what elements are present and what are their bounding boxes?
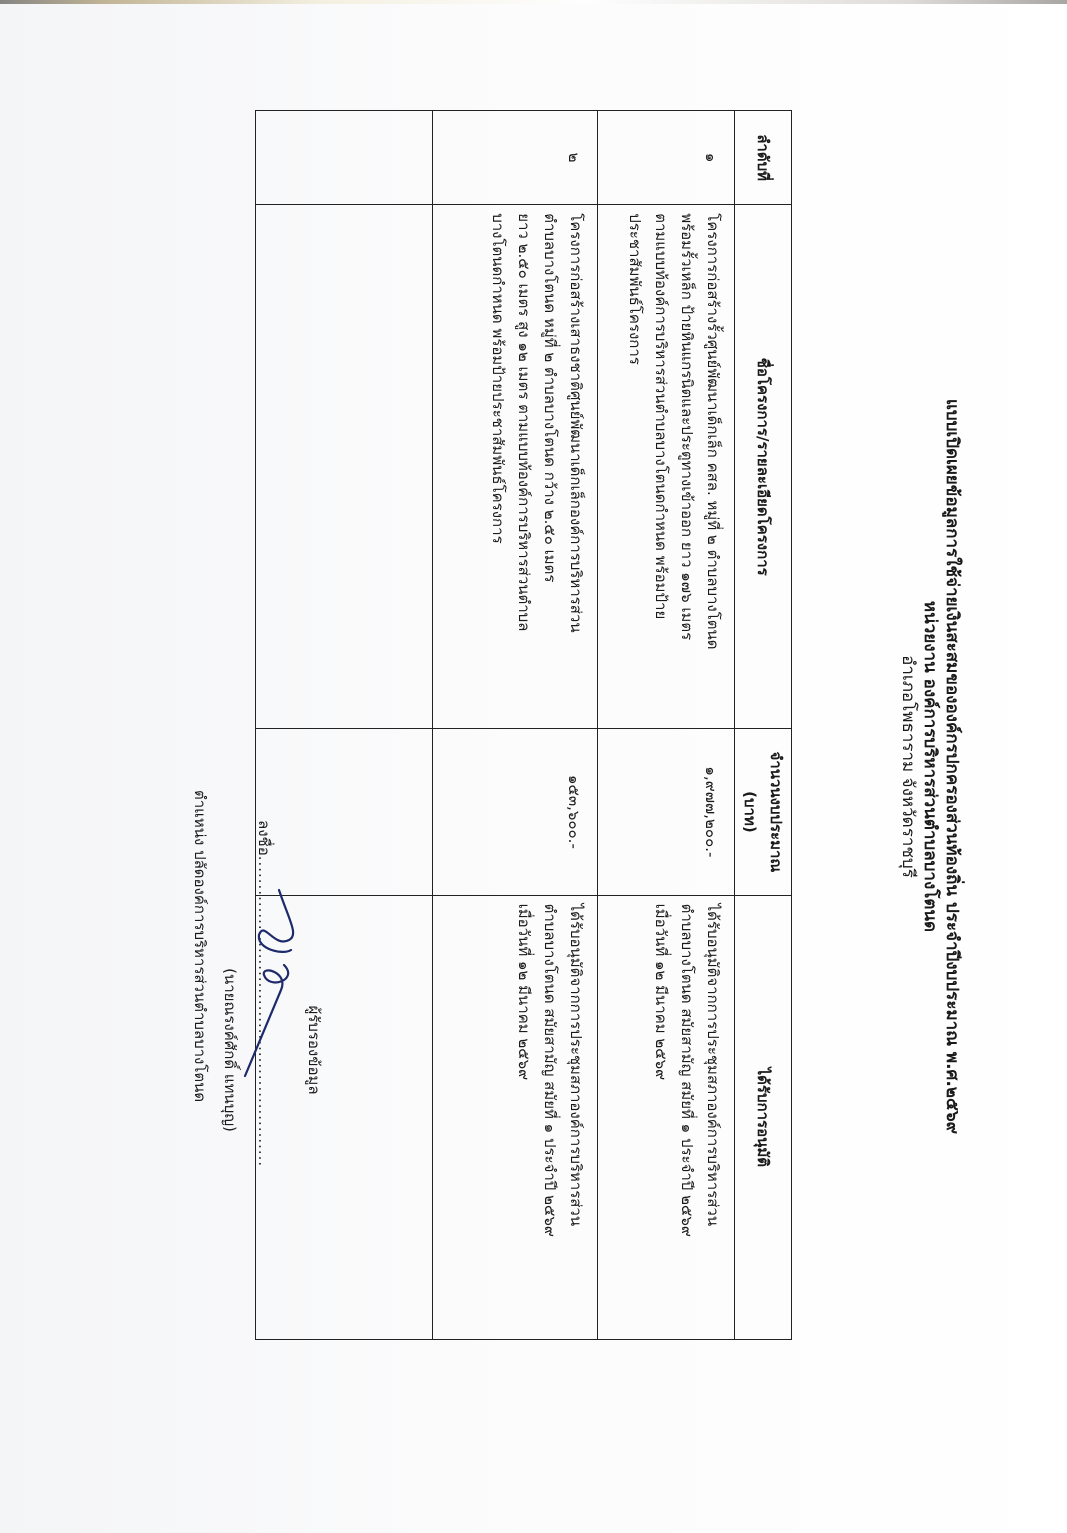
table-row: ๒ โครงการก่อสร้างเสาธงชาติศูนย์พัฒนาเด็ก… [433, 111, 598, 1340]
header-budget-line1: จำนวนงบประมาณ [763, 735, 789, 888]
approval-cell: ได้รับอนุมัติจากการประชุมสภาองค์การบริหา… [598, 895, 735, 1339]
approval-line: ตำบลบางโตนด สมัยสามัญ สมัยที่ ๑ ประจำปี … [674, 904, 700, 1331]
approval-line: ได้รับอนุมัติจากการประชุมสภาองค์การบริหา… [563, 904, 589, 1331]
project-name-cell: โครงการก่อสร้างรั้วศูนย์พัฒนาเด็กเล็ก คส… [598, 205, 735, 729]
header-budget: จำนวนงบประมาณ (บาท) [735, 729, 792, 895]
project-name-line: ยาว ๒.๕๐ เมตร สูง ๑๒ เมตร ตามแบบท้องค์กา… [511, 213, 537, 720]
header-project-name: ชื่อโครงการ/รายละเอียดโครงการ [735, 205, 792, 729]
project-name-line: ประชาสัมพันธ์โครงการ [622, 213, 648, 720]
project-name-line: ตามแบบท้องค์การบริหารส่วนตำบลบางโตนดกำหน… [648, 213, 674, 720]
agency-line: หน่วยงาน องค์การบริหารส่วนตำบลบางโตนด [919, 0, 941, 1533]
header-budget-line2: (บาท) [737, 735, 763, 888]
sign-row: ลงชื่อ..................................… [247, 790, 277, 1310]
project-name-line: บางโตนดกำหนด พร้อมป้ายประชาสัมพันธ์โครงก… [485, 213, 511, 720]
project-name-line: ตำบลบางโตนด หมู่ที่ ๒ ตำบลบางโตนด กว้าง … [537, 213, 563, 720]
header-no: ลำดับที่ [735, 111, 792, 205]
row-number [256, 111, 433, 205]
table-header-row: ลำดับที่ ชื่อโครงการ/รายละเอียดโครงการ จ… [735, 111, 792, 1340]
row-number: ๒ [433, 111, 598, 205]
project-name-cell [256, 205, 433, 729]
approval-line: เมื่อวันที่ ๑๒ มีนาคม ๒๕๖๙ [648, 904, 674, 1331]
approval-cell: ได้รับอนุมัติจากการประชุมสภาองค์การบริหา… [433, 895, 598, 1339]
signature-block: ผู้รับรองข้อมูล ลงชื่อ..................… [187, 790, 327, 1310]
header-approval: ได้รับการอนุมัติ [735, 895, 792, 1339]
signer-position: ตำแหน่ง ปลัดองค์การบริหารส่วนตำบลบางโตนด [187, 790, 213, 1310]
handwritten-signature-icon [239, 880, 319, 1080]
project-table: ลำดับที่ ชื่อโครงการ/รายละเอียดโครงการ จ… [255, 110, 792, 1340]
document-title: แบบเปิดเผยข้อมูลการใช้จ่ายเงินสะสมขององค… [941, 0, 963, 1533]
table-body: ๑ โครงการก่อสร้างรั้วศูนย์พัฒนาเด็กเล็ก … [256, 111, 735, 1340]
project-name-line: พร้อมรั้วเหล็ก ป้ายหินแกรนิตและประตูทางเ… [674, 213, 700, 720]
table-row: ๑ โครงการก่อสร้างรั้วศูนย์พัฒนาเด็กเล็ก … [598, 111, 735, 1340]
budget-cell: ๑,๙๗๗,๒๐๐.- [598, 729, 735, 895]
approval-line: ได้รับอนุมัติจากการประชุมสภาองค์การบริหา… [700, 904, 726, 1331]
project-name-line: โครงการก่อสร้างรั้วศูนย์พัฒนาเด็กเล็ก คส… [700, 213, 726, 720]
approval-line: ตำบลบางโตนด สมัยสามัญ สมัยที่ ๑ ประจำปี … [537, 904, 563, 1331]
sign-label: ลงชื่อ [255, 820, 273, 856]
document-page: แบบเปิดเผยข้อมูลการใช้จ่ายเงินสะสมขององค… [0, 0, 1067, 1533]
project-name-line: โครงการก่อสร้างเสาธงชาติศูนย์พัฒนาเด็กเล… [563, 213, 589, 720]
approval-line: เมื่อวันที่ ๑๒ มีนาคม ๒๕๖๙ [511, 904, 537, 1331]
row-number: ๑ [598, 111, 735, 205]
budget-cell: ๑๕๓,๖๐๐.- [433, 729, 598, 895]
project-name-cell: โครงการก่อสร้างเสาธงชาติศูนย์พัฒนาเด็กเล… [433, 205, 598, 729]
document-header: แบบเปิดเผยข้อมูลการใช้จ่ายเงินสะสมขององค… [897, 0, 963, 1533]
district-line: อำเภอโพธาราม จังหวัดราชบุรี [897, 0, 919, 1533]
